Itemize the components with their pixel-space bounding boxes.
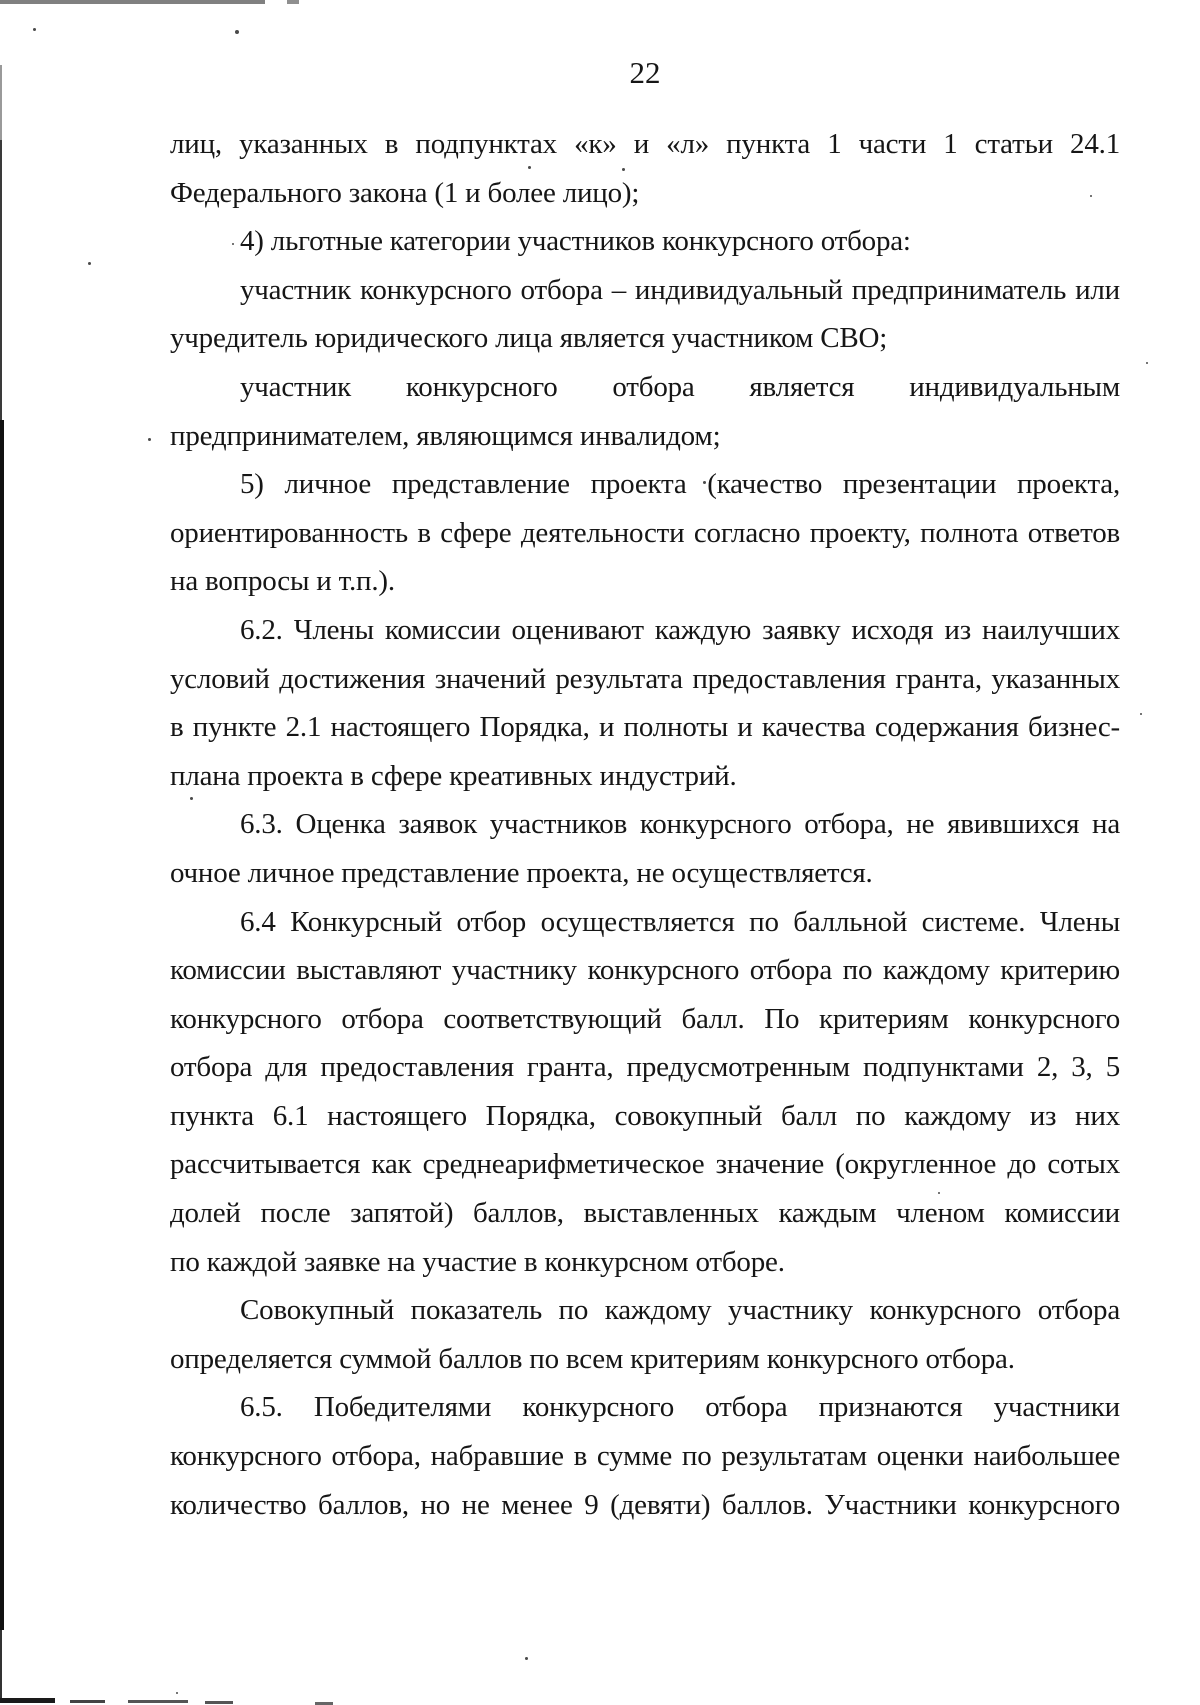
paragraph: лиц, указанных в подпунктах «к» и «л» пу…	[170, 120, 1120, 217]
scan-noise-speck	[33, 28, 36, 31]
text-line: ориентированность в сфере деятельности с…	[170, 509, 1120, 558]
paragraph: 6.4 Конкурсный отбор осуществляется по б…	[170, 898, 1120, 1287]
text-line: очное личное представление проекта, не о…	[170, 849, 1120, 898]
scan-edge-top-bar	[0, 0, 265, 4]
text-line: 6.5. Победителями конкурсного отбора при…	[170, 1383, 1120, 1432]
scan-edge-bottom-dash	[128, 1700, 188, 1703]
paragraph: Совокупный показатель по каждому участни…	[170, 1286, 1120, 1383]
scanned-document-page: 22 лиц, указанных в подпунктах «к» и «л»…	[0, 0, 1200, 1705]
text-line: комиссии выставляют участнику конкурсног…	[170, 946, 1120, 995]
text-line: 6.3. Оценка заявок участников конкурсног…	[170, 800, 1120, 849]
text-line: отбора для предоставления гранта, предус…	[170, 1043, 1120, 1092]
scan-edge-bottom-dash	[205, 1701, 233, 1704]
scan-edge-top-mark	[287, 0, 299, 4]
text-line: 4) льготные категории участников конкурс…	[170, 217, 1120, 266]
text-line: рассчитывается как среднеарифметическое …	[170, 1140, 1120, 1189]
text-line: лиц, указанных в подпунктах «к» и «л» пу…	[170, 120, 1120, 169]
scan-edge-left-line-faint	[0, 65, 2, 140]
text-line: предпринимателем, являющимся инвалидом;	[170, 412, 1120, 461]
scan-edge-left-line-dark	[0, 420, 4, 1630]
scan-noise-speck	[1140, 713, 1142, 715]
scan-edge-bottom-dash	[70, 1700, 105, 1703]
scan-edge-left-line	[0, 140, 2, 420]
text-line: 6.2. Члены комиссии оценивают каждую зая…	[170, 606, 1120, 655]
text-line: количество баллов, но не менее 9 (девяти…	[170, 1481, 1120, 1530]
scan-noise-speck	[1146, 362, 1148, 364]
text-line: Федерального закона (1 и более лицо);	[170, 169, 1120, 218]
text-line: пункта 6.1 настоящего Порядка, совокупны…	[170, 1092, 1120, 1141]
text-line: конкурсного отбора, набравшие в сумме по…	[170, 1432, 1120, 1481]
scan-edge-left-line-tail	[0, 1630, 2, 1702]
text-line: 5) личное представление проекта (качеств…	[170, 460, 1120, 509]
text-line: участник конкурсного отбора является инд…	[170, 363, 1120, 412]
paragraph: 5) личное представление проекта (качеств…	[170, 460, 1120, 606]
text-line: по каждой заявке на участие в конкурсном…	[170, 1238, 1120, 1287]
page-number: 22	[170, 54, 1120, 92]
paragraph: 6.3. Оценка заявок участников конкурсног…	[170, 800, 1120, 897]
text-line: плана проекта в сфере креативных индустр…	[170, 752, 1120, 801]
scan-noise-speck	[176, 1692, 178, 1694]
scan-edge-bottom-dash	[0, 1698, 55, 1703]
text-line: конкурсного отбора соответствующий балл.…	[170, 995, 1120, 1044]
text-line: Совокупный показатель по каждому участни…	[170, 1286, 1120, 1335]
paragraph: 6.2. Члены комиссии оценивают каждую зая…	[170, 606, 1120, 800]
paragraph: участник конкурсного отбора является инд…	[170, 363, 1120, 460]
scan-noise-speck	[525, 1657, 528, 1660]
text-line: определяется суммой баллов по всем крите…	[170, 1335, 1120, 1384]
scan-noise-speck	[148, 438, 151, 441]
text-line: условий достижения значений результата п…	[170, 655, 1120, 704]
document-text-block: лиц, указанных в подпунктах «к» и «л» пу…	[170, 120, 1120, 1529]
scan-noise-speck	[88, 262, 91, 265]
text-line: на вопросы и т.п.).	[170, 557, 1120, 606]
text-line: долей после запятой) баллов, выставленны…	[170, 1189, 1120, 1238]
text-line: участник конкурсного отбора – индивидуал…	[170, 266, 1120, 315]
paragraph: участник конкурсного отбора – индивидуал…	[170, 266, 1120, 363]
paragraph: 4) льготные категории участников конкурс…	[170, 217, 1120, 266]
scan-noise-speck	[235, 30, 239, 34]
paragraph: 6.5. Победителями конкурсного отбора при…	[170, 1383, 1120, 1529]
text-line: в пункте 2.1 настоящего Порядка, и полно…	[170, 703, 1120, 752]
text-line: 6.4 Конкурсный отбор осуществляется по б…	[170, 898, 1120, 947]
text-line: учредитель юридического лица является уч…	[170, 314, 1120, 363]
